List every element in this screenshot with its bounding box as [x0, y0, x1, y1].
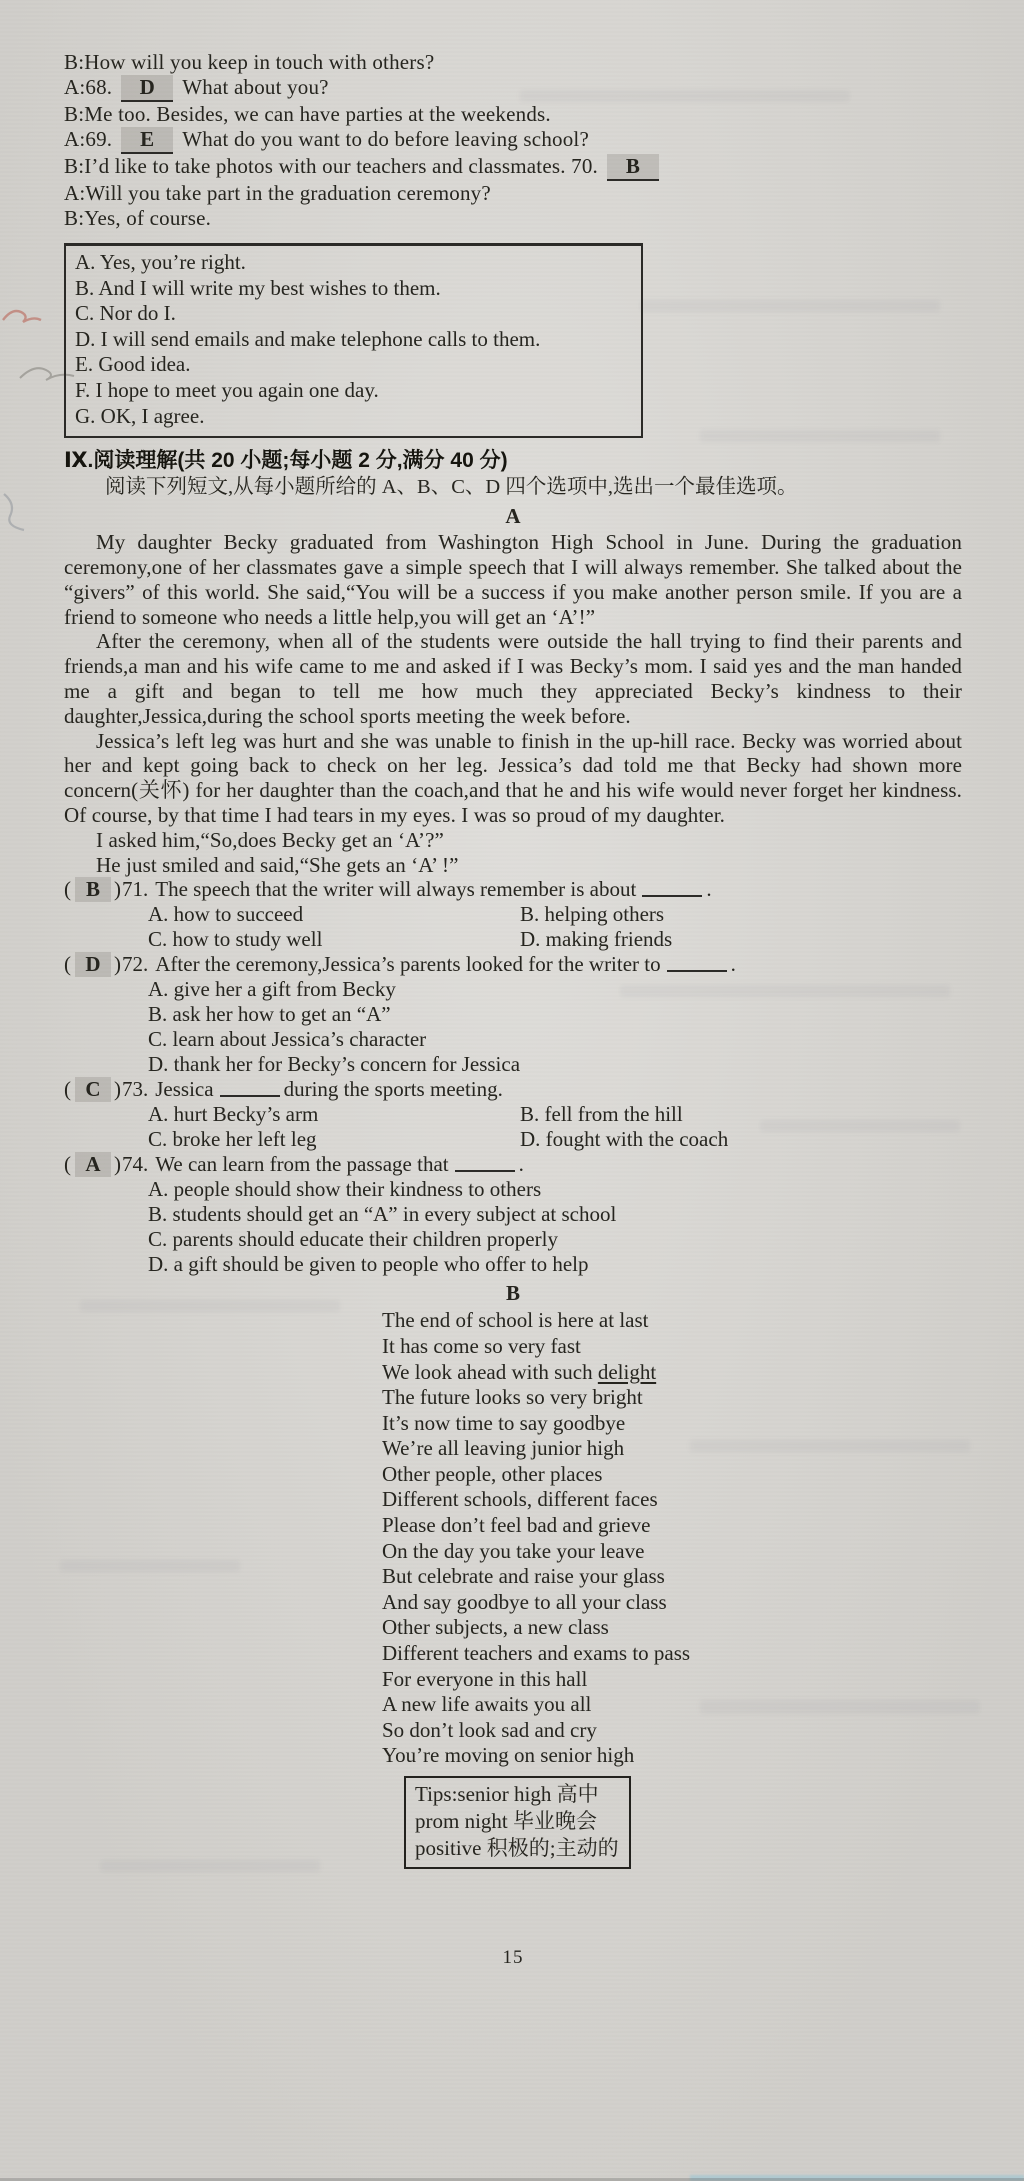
dialogue-line: B:How will you keep in touch with others…	[64, 50, 962, 75]
paren: (	[64, 1077, 72, 1101]
question-73: (C)73.Jessicaduring the sports meeting. …	[64, 1077, 962, 1152]
answer-patch: A	[75, 1152, 111, 1177]
passage-paragraph: After the ceremony, when all of the stud…	[64, 629, 962, 728]
option-item: D. thank her for Becky’s concern for Jes…	[148, 1052, 962, 1077]
question-number: 71.	[122, 877, 148, 901]
option-item: E. Good idea.	[75, 352, 631, 378]
passage-a-label: A	[64, 503, 962, 530]
paren: (	[64, 1152, 72, 1176]
passage-paragraph: Jessica’s left leg was hurt and she was …	[64, 729, 962, 828]
question-stem: .	[519, 1152, 524, 1176]
question-stem: .	[706, 877, 711, 901]
poem-line: We look ahead with such delight	[382, 1360, 962, 1386]
poem-line: A new life awaits you all	[382, 1692, 962, 1718]
dialogue-text: A:Will you take part in the graduation c…	[64, 181, 491, 205]
page-number: 15	[64, 1947, 962, 1969]
option-item: C. Nor do I.	[75, 301, 631, 327]
question-options: A. how to succeedB. helping others C. ho…	[148, 902, 962, 952]
option-item: A. give her a gift from Becky	[148, 977, 962, 1002]
dialogue-text: What do you want to do before leaving sc…	[182, 127, 589, 151]
dialogue-line: B:Yes, of course.	[64, 206, 962, 231]
question-stem: during the sports meeting.	[284, 1077, 503, 1101]
paren: )	[114, 952, 122, 976]
passage-a: My daughter Becky graduated from Washing…	[64, 530, 962, 877]
dialogue-line: A:Will you take part in the graduation c…	[64, 181, 962, 206]
answer-patch: C	[75, 1077, 111, 1102]
tips-line: prom night 毕业晚会	[415, 1808, 619, 1835]
scanned-exam-page: B:How will you keep in touch with others…	[0, 0, 1024, 2181]
dialogue-text: B:How will you keep in touch with others…	[64, 50, 434, 74]
option-item: B. helping others	[520, 902, 962, 927]
poem-line: And say goodbye to all your class	[382, 1590, 962, 1616]
option-item: F. I hope to meet you again one day.	[75, 378, 631, 404]
dialogue-text: A:69.	[64, 127, 112, 151]
poem-line: Please don’t feel bad and grieve	[382, 1513, 962, 1539]
option-item: B. students should get an “A” in every s…	[148, 1202, 962, 1227]
dialogue-line: B:I’d like to take photos with our teach…	[64, 154, 962, 181]
question-number: 74.	[122, 1152, 148, 1176]
option-item: C. how to study well	[148, 927, 520, 952]
passage-paragraph: I asked him,“So,does Becky get an ‘A’?”	[64, 828, 962, 853]
option-item: A. people should show their kindness to …	[148, 1177, 962, 1202]
option-item: B. ask her how to get an “A”	[148, 1002, 962, 1027]
question-number: 73.	[122, 1077, 148, 1101]
poem-line: For everyone in this hall	[382, 1667, 962, 1693]
dialogue-text: B:Yes, of course.	[64, 206, 211, 230]
question-stem: The speech that the writer will always r…	[155, 877, 636, 901]
option-item: A. how to succeed	[148, 902, 520, 927]
question-stem: After the ceremony,Jessica’s parents loo…	[155, 952, 660, 976]
dialogue-text: B:I’d like to take photos with our teach…	[64, 154, 598, 178]
tips-line: Tips:senior high 高中	[415, 1781, 619, 1808]
answer-patch: D	[121, 75, 173, 102]
dialogue-text: B:Me too. Besides, we can have parties a…	[64, 102, 551, 126]
poem-line: Other subjects, a new class	[382, 1615, 962, 1641]
option-item: C. broke her left leg	[148, 1127, 520, 1152]
question-stem: .	[731, 952, 736, 976]
question-options: A. hurt Becky’s armB. fell from the hill…	[148, 1102, 962, 1152]
option-item: D. fought with the coach	[520, 1127, 962, 1152]
dialogue-text: A:68.	[64, 75, 112, 99]
tips-box: Tips:senior high 高中 prom night 毕业晚会 posi…	[404, 1776, 631, 1869]
poem-line: Other people, other places	[382, 1462, 962, 1488]
question-74: (A)74.We can learn from the passage that…	[64, 1152, 962, 1277]
poem-line: Different schools, different faces	[382, 1487, 962, 1513]
question-71: (B)71.The speech that the writer will al…	[64, 877, 962, 952]
answer-patch: B	[607, 154, 659, 181]
section-instruction: 阅读下列短文,从每小题所给的 A、B、C、D 四个选项中,选出一个最佳选项。	[64, 474, 962, 500]
option-item: A. hurt Becky’s arm	[148, 1102, 520, 1127]
option-item: B. And I will write my best wishes to th…	[75, 276, 631, 302]
answer-patch: D	[75, 952, 111, 977]
paren: )	[114, 877, 122, 901]
question-72: (D)72.After the ceremony,Jessica’s paren…	[64, 952, 962, 1077]
paren: (	[64, 877, 72, 901]
poem-line: The future looks so very bright	[382, 1385, 962, 1411]
question-options: A. give her a gift from Becky B. ask her…	[148, 977, 962, 1077]
answer-blank	[455, 1155, 515, 1172]
paren: )	[114, 1077, 122, 1101]
question-options: A. people should show their kindness to …	[148, 1177, 962, 1277]
poem-line: Different teachers and exams to pass	[382, 1641, 962, 1667]
dialogue-line: B:Me too. Besides, we can have parties a…	[64, 102, 962, 127]
paren: )	[114, 1152, 122, 1176]
option-item: D. a gift should be given to people who …	[148, 1252, 962, 1277]
dialogue-text: What about you?	[182, 75, 328, 99]
option-item: C. learn about Jessica’s character	[148, 1027, 962, 1052]
option-item: D. making friends	[520, 927, 962, 952]
poem-line: We’re all leaving junior high	[382, 1436, 962, 1462]
poem-line: So don’t look sad and cry	[382, 1718, 962, 1744]
passage-b-label: B	[64, 1280, 962, 1307]
option-item: A. Yes, you’re right.	[75, 250, 631, 276]
poem-line: The end of school is here at last	[382, 1308, 962, 1334]
question-number: 72.	[122, 952, 148, 976]
dialogue-line: A:68.DWhat about you?	[64, 75, 962, 102]
tips-line: positive 积极的;主动的	[415, 1835, 619, 1862]
answer-blank	[220, 1080, 280, 1097]
question-stem: We can learn from the passage that	[155, 1152, 448, 1176]
options-box: A. Yes, you’re right. B. And I will writ…	[64, 243, 643, 438]
poem-line: You’re moving on senior high	[382, 1743, 962, 1769]
answer-patch: B	[75, 877, 111, 902]
poem-line: On the day you take your leave	[382, 1539, 962, 1565]
poem-line: It has come so very fast	[382, 1334, 962, 1360]
option-item: C. parents should educate their children…	[148, 1227, 962, 1252]
dialogue-block: B:How will you keep in touch with others…	[64, 50, 962, 231]
question-stem: Jessica	[155, 1077, 213, 1101]
passage-paragraph: He just smiled and said,“She gets an ‘A’…	[64, 853, 962, 878]
scan-edge-artifact	[690, 2175, 1024, 2181]
dialogue-line: A:69.EWhat do you want to do before leav…	[64, 127, 962, 154]
paren: (	[64, 952, 72, 976]
answer-blank	[642, 880, 702, 897]
poem-line: But celebrate and raise your glass	[382, 1564, 962, 1590]
poem-line: It’s now time to say goodbye	[382, 1411, 962, 1437]
passage-paragraph: My daughter Becky graduated from Washing…	[64, 530, 962, 629]
passage-b-poem: The end of school is here at last It has…	[382, 1308, 962, 1769]
section-heading: Ⅸ.阅读理解(共 20 小题;每小题 2 分,满分 40 分)	[64, 448, 962, 474]
option-item: B. fell from the hill	[520, 1102, 962, 1127]
underlined-word: delight	[598, 1360, 656, 1384]
option-item: G. OK, I agree.	[75, 404, 631, 430]
answer-patch: E	[121, 127, 173, 154]
answer-blank	[667, 955, 727, 972]
option-item: D. I will send emails and make telephone…	[75, 327, 631, 353]
